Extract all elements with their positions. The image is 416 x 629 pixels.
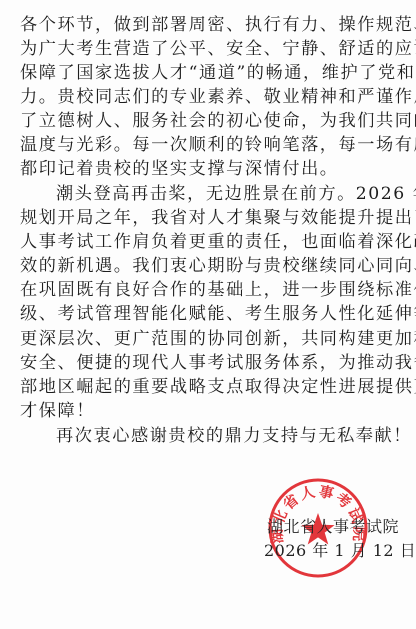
body-line-12: 在巩固既有良好合作的基础上，进一步围绕标准化考场提质升 (20, 278, 398, 302)
body-line-10: 人事考试工作肩负着更重的责任，也面临着深化改革、提质增 (20, 230, 398, 254)
body-line-13: 级、考试管理智能化赋能、考生服务人性化延伸等方面，探索 (20, 302, 398, 326)
body-line-14: 更深层次、更广范围的协同创新，共同构建更加科学、规范、 (20, 327, 398, 351)
closing-line: 再次衷心感谢贵校的鼎力支持与无私奉献！ (56, 424, 398, 448)
signature-date: 2026 年 1 月 12 日 (264, 540, 416, 562)
letter-page: 各个环节，做到部署周密、执行有力、操作规范、服务暖心， 为广大考生营造了公平、安… (0, 0, 416, 629)
body-line-7: 都印记着贵校的坚实支撑与深情付出。 (20, 157, 398, 181)
body-line-5: 了立德树人、服务社会的初心使命，为我们共同的事业增添了 (20, 109, 398, 133)
body-line-3: 保障了国家选拔人才“通道”的畅通，维护了党和政府的公信 (20, 61, 398, 85)
body-line-11: 效的新机遇。我们衷心期盼与贵校继续同心同向、携手并进， (20, 254, 398, 278)
body-line-16: 部地区崛起的重要战略支点取得决定性进展提供更为坚实的人 (20, 375, 398, 399)
body-line-17: 才保障！ (20, 399, 398, 423)
body-line-1: 各个环节，做到部署周密、执行有力、操作规范、服务暖心， (20, 13, 398, 37)
body-line-8: 潮头登高再击桨，无边胜景在前方。2026 年是“十五五” (56, 182, 398, 206)
body-line-9: 规划开局之年，我省对人才集聚与效能提升提出了更高要求。 (20, 206, 398, 230)
signature-organization: 湖北省人事考试院 (267, 516, 399, 538)
body-line-15: 安全、便捷的现代人事考试服务体系，为推动我省加快建成中 (20, 351, 398, 375)
body-line-2: 为广大考生营造了公平、安全、宁静、舒适的应试环境，有力 (20, 37, 398, 61)
body-line-6: 温度与光彩。每一次顺利的铃响笔落，每一场有序的考试收官， (20, 133, 398, 157)
body-line-4: 力。贵校同志们的专业素养、敬业精神和严谨作风，深刻诠释 (20, 85, 398, 109)
